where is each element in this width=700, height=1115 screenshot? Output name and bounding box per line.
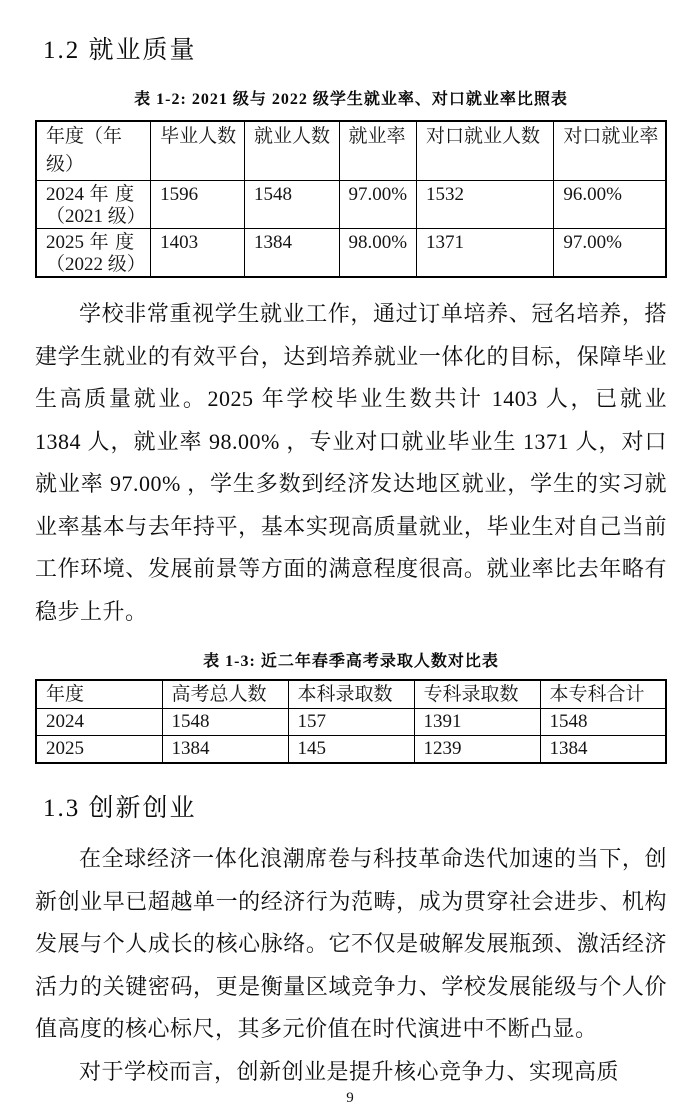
data-cell: 97.00% (339, 181, 416, 229)
data-cell: 1371 (417, 229, 554, 278)
admission-table: 年度 高考总人数 本科录取数 专科录取数 本专科合计 2024 1548 157… (35, 679, 667, 764)
grade-line: （2021 级） (46, 206, 144, 228)
year-cell: 2025 年 度 （2022 级） (36, 229, 151, 278)
data-cell: 1596 (151, 181, 245, 229)
year-line: 2024 年 度 (46, 184, 144, 206)
data-cell: 96.00% (554, 181, 666, 229)
data-cell: 1548 (162, 709, 288, 736)
table-header-row: 年度 高考总人数 本科录取数 专科录取数 本专科合计 (36, 680, 666, 709)
paragraph-innovation-2: 对于学校而言，创新创业是提升核心竞争力、实现高质 (35, 1051, 667, 1094)
employment-table: 年度（年级） 毕业人数 就业人数 就业率 对口就业人数 对口就业率 2024 年… (35, 120, 667, 278)
header-cell: 就业人数 (245, 121, 340, 181)
data-cell: 1548 (245, 181, 340, 229)
page-number: 9 (0, 1090, 700, 1107)
header-cell: 本科录取数 (288, 680, 414, 709)
table-row: 2025 年 度 （2022 级） 1403 1384 98.00% 1371 … (36, 229, 666, 278)
table-row: 2024 年 度 （2021 级） 1596 1548 97.00% 1532 … (36, 181, 666, 229)
data-cell: 1548 (540, 709, 666, 736)
data-cell: 1391 (414, 709, 540, 736)
table-header-row: 年度（年级） 毕业人数 就业人数 就业率 对口就业人数 对口就业率 (36, 121, 666, 181)
report-page: 1.2 就业质量 表 1-2: 2021 级与 2022 级学生就业率、对口就业… (0, 0, 700, 1115)
year-line: 2025 年 度 (46, 232, 144, 254)
table-row: 2025 1384 145 1239 1384 (36, 736, 666, 764)
header-cell: 就业率 (339, 121, 416, 181)
header-cell: 高考总人数 (162, 680, 288, 709)
data-cell: 97.00% (554, 229, 666, 278)
data-cell: 145 (288, 736, 414, 764)
grade-line: （2022 级） (46, 254, 144, 276)
header-cell: 本专科合计 (540, 680, 666, 709)
data-cell: 1384 (540, 736, 666, 764)
header-cell: 对口就业人数 (417, 121, 554, 181)
data-cell: 1403 (151, 229, 245, 278)
header-cell: 毕业人数 (151, 121, 245, 181)
header-cell: 专科录取数 (414, 680, 540, 709)
data-cell: 2024 (36, 709, 162, 736)
table-row: 2024 1548 157 1391 1548 (36, 709, 666, 736)
header-cell: 对口就业率 (554, 121, 666, 181)
data-cell: 98.00% (339, 229, 416, 278)
section-heading-employment: 1.2 就业质量 (43, 30, 667, 66)
admission-table-caption: 表 1-3: 近二年春季高考录取人数对比表 (35, 648, 667, 671)
section-heading-innovation: 1.3 创新创业 (43, 788, 667, 824)
data-cell: 1239 (414, 736, 540, 764)
data-cell: 2025 (36, 736, 162, 764)
paragraph-innovation-1: 在全球经济一体化浪潮席卷与科技革命迭代加速的当下，创新创业早已超越单一的经济行为… (35, 838, 667, 1051)
header-cell: 年度（年级） (36, 121, 151, 181)
data-cell: 1384 (245, 229, 340, 278)
paragraph-employment: 学校非常重视学生就业工作，通过订单培养、冠名培养，搭建学生就业的有效平台，达到培… (35, 293, 667, 633)
data-cell: 157 (288, 709, 414, 736)
employment-table-caption: 表 1-2: 2021 级与 2022 级学生就业率、对口就业率比照表 (35, 86, 667, 109)
data-cell: 1384 (162, 736, 288, 764)
header-cell: 年度 (36, 680, 162, 709)
data-cell: 1532 (417, 181, 554, 229)
year-cell: 2024 年 度 （2021 级） (36, 181, 151, 229)
